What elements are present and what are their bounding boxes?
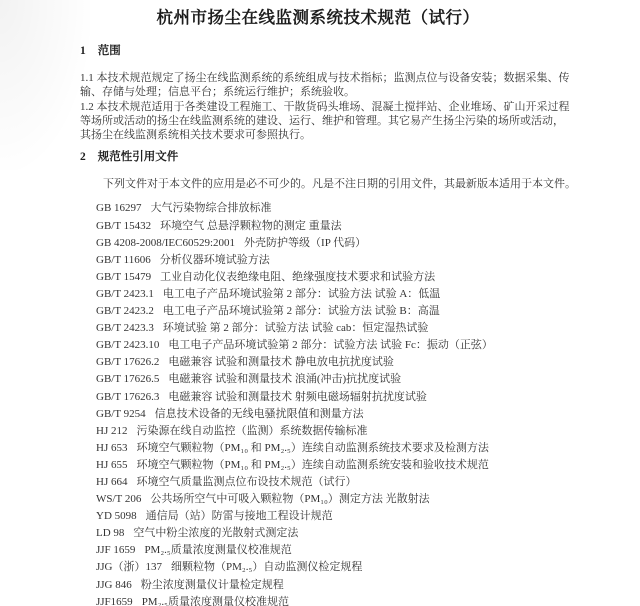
scope-paragraph-line: 1.2 本技术规范适用于各类建设工程施工、干散货码头堆场、混凝土搅拌站、企业堆场… [80,100,556,114]
reference-item: JJG（浙）137细颗粒物（PM₂.₅）自动监测仪检定规程 [96,559,556,576]
references-intro: 下列文件对于本文件的应用是必不可少的。凡是不注日期的引用文件，其最新版本适用于本… [80,177,556,191]
reference-item: GB/T 9254信息技术设备的无线电骚扰限值和测量方法 [96,406,556,423]
scope-heading-label: 范围 [98,45,121,57]
reference-item: GB/T 15479工业自动化仪表绝缘电阻、绝缘强度技术要求和试验方法 [96,269,556,286]
reference-title: 大气污染物综合排放标准 [151,202,272,214]
reference-code: HJ 655 [96,457,127,474]
reference-title: 环境空气颗粒物（PM₁₀ 和 PM₂.₅）连续自动监测系统安装和验收技术规范 [136,459,488,471]
reference-item: GB/T 2423.2电工电子产品环境试验第 2 部分：试验方法 试验 B：高温 [96,303,556,320]
reference-item: HJ 664环境空气质量监测点位布设技术规范（试行） [96,474,556,491]
scope-paragraph-line: 1.1 本技术规范规定了扬尘在线监测系统的系统组成与技术指标；监测点位与设备安装… [80,71,556,85]
reference-title: 公共场所空气中可吸入颗粒物（PM₁₀）测定方法 光散射法 [150,493,429,505]
reference-code: GB/T 17626.2 [96,354,159,371]
reference-code: JJF1659 [96,594,133,606]
reference-title: 分析仪器环境试验方法 [160,254,270,266]
scope-paragraph-line: 等场所或活动的扬尘在线监测系统的建设、运行、维护和管理。其它易产生扬尘污染的场所… [80,114,556,128]
scope-paragraph-line: 输、存储与处理；信息平台；系统运行维护；系统验收。 [80,85,556,99]
reference-code: HJ 664 [96,474,127,491]
reference-item: GB/T 2423.3环境试验 第 2 部分：试验方法 试验 cab：恒定湿热试… [96,320,556,337]
reference-title: 电磁兼容 试验和测量技术 浪涌(冲击)抗扰度试验 [168,373,401,385]
reference-title: 电工电子产品环境试验第 2 部分：试验方法 试验 A：低温 [163,288,440,300]
reference-title: PM₂.₅质量浓度测量仪校准规范 [142,596,289,606]
reference-title: 信息技术设备的无线电骚扰限值和测量方法 [155,408,364,420]
reference-title: 环境空气颗粒物（PM₁₀ 和 PM₂.₅）连续自动监测系统技术要求及检测方法 [136,442,488,454]
reference-item: GB/T 17626.3电磁兼容 试验和测量技术 射频电磁场辐射抗扰度试验 [96,389,556,406]
reference-item: GB/T 11606分析仪器环境试验方法 [96,252,556,269]
reference-title: PM₂.₅质量浓度测量仪校准规范 [144,544,291,556]
document-background: { "title": "杭州市扬尘在线监测系统技术规范（试行）", "secti… [0,0,640,606]
section-scope: 1范围 1.1 本技术规范规定了扬尘在线监测系统的系统组成与技术指标；监测点位与… [80,45,556,142]
reference-item: HJ 212污染源在线自动监控（监测）系统数据传输标准 [96,423,556,440]
scope-paragraphs: 1.1 本技术规范规定了扬尘在线监测系统的系统组成与技术指标；监测点位与设备安装… [80,71,556,142]
reference-code: GB/T 15432 [96,218,151,235]
references-list: GB 16297大气污染物综合排放标准 GB/T 15432环境空气 总悬浮颗粒… [80,200,556,606]
reference-item: JJF 1659PM₂.₅质量浓度测量仪校准规范 [96,542,556,559]
reference-code: GB/T 2423.10 [96,337,159,354]
reference-item: LD 98空气中粉尘浓度的光散射式测定法 [96,525,556,542]
scope-heading: 1范围 [80,45,556,58]
reference-code: YD 5098 [96,508,137,525]
reference-title: 电磁兼容 试验和测量技术 静电放电抗扰度试验 [168,356,394,368]
reference-item: GB/T 2423.1电工电子产品环境试验第 2 部分：试验方法 试验 A：低温 [96,286,556,303]
reference-item: GB/T 2423.10电工电子产品环境试验第 2 部分：试验方法 试验 Fc：… [96,337,556,354]
reference-code: GB/T 2423.2 [96,303,154,320]
reference-title: 环境试验 第 2 部分：试验方法 试验 cab：恒定湿热试验 [163,322,429,334]
reference-code: GB/T 9254 [96,406,146,423]
reference-item: JJF1659PM₂.₅质量浓度测量仪校准规范 [96,594,556,606]
reference-code: JJG（浙）137 [96,559,162,576]
reference-item: GB/T 17626.5电磁兼容 试验和测量技术 浪涌(冲击)抗扰度试验 [96,371,556,388]
reference-code: HJ 212 [96,423,127,440]
reference-code: JJG 846 [96,577,132,594]
reference-item: GB/T 15432环境空气 总悬浮颗粒物的测定 重量法 [96,218,556,235]
reference-item: GB/T 17626.2电磁兼容 试验和测量技术 静电放电抗扰度试验 [96,354,556,371]
reference-code: GB/T 17626.3 [96,389,159,406]
reference-code: JJF 1659 [96,542,135,559]
section-references: 2规范性引用文件 下列文件对于本文件的应用是必不可少的。凡是不注日期的引用文件，… [80,151,556,606]
reference-title: 粉尘浓度测量仪计量检定规程 [141,579,284,591]
reference-code: LD 98 [96,525,124,542]
references-heading-number: 2 [80,151,86,164]
reference-item: YD 5098通信局（站）防雷与接地工程设计规范 [96,508,556,525]
reference-code: GB/T 11606 [96,252,151,269]
reference-title: 外壳防护等级（IP 代码） [244,237,366,249]
reference-title: 工业自动化仪表绝缘电阻、绝缘强度技术要求和试验方法 [160,271,435,283]
reference-title: 环境空气 总悬浮颗粒物的测定 重量法 [160,220,342,232]
reference-item: GB 16297大气污染物综合排放标准 [96,200,556,217]
reference-code: GB 16297 [96,200,142,217]
reference-title: 环境空气质量监测点位布设技术规范（试行） [136,476,356,488]
reference-title: 空气中粉尘浓度的光散射式测定法 [133,527,298,539]
reference-code: HJ 653 [96,440,127,457]
reference-title: 电工电子产品环境试验第 2 部分：试验方法 试验 Fc：振动（正弦） [168,339,493,351]
document-title: 杭州市扬尘在线监测系统技术规范（试行） [80,0,556,29]
reference-item: JJG 846粉尘浓度测量仪计量检定规程 [96,577,556,594]
reference-code: GB 4208-2008/IEC60529:2001 [96,235,235,252]
reference-code: GB/T 2423.1 [96,286,154,303]
reference-code: GB/T 15479 [96,269,151,286]
reference-title: 细颗粒物（PM₂.₅）自动监测仪检定规程 [171,561,362,573]
references-heading-label: 规范性引用文件 [98,151,179,163]
reference-item: WS/T 206公共场所空气中可吸入颗粒物（PM₁₀）测定方法 光散射法 [96,491,556,508]
references-heading: 2规范性引用文件 [80,151,556,164]
reference-item: HJ 655环境空气颗粒物（PM₁₀ 和 PM₂.₅）连续自动监测系统安装和验收… [96,457,556,474]
reference-title: 电磁兼容 试验和测量技术 射频电磁场辐射抗扰度试验 [168,391,427,403]
reference-title: 电工电子产品环境试验第 2 部分：试验方法 试验 B：高温 [163,305,440,317]
reference-code: WS/T 206 [96,491,141,508]
reference-code: GB/T 17626.5 [96,371,159,388]
reference-title: 污染源在线自动监控（监测）系统数据传输标准 [136,425,367,437]
reference-title: 通信局（站）防雷与接地工程设计规范 [146,510,333,522]
reference-item: GB 4208-2008/IEC60529:2001外壳防护等级（IP 代码） [96,235,556,252]
reference-item: HJ 653环境空气颗粒物（PM₁₀ 和 PM₂.₅）连续自动监测系统技术要求及… [96,440,556,457]
reference-code: GB/T 2423.3 [96,320,154,337]
scope-paragraph-line: 其扬尘在线监测系统相关技术要求可参照执行。 [80,128,556,142]
scope-heading-number: 1 [80,45,86,58]
document-page: 杭州市扬尘在线监测系统技术规范（试行） 1范围 1.1 本技术规范规定了扬尘在线… [0,0,640,606]
